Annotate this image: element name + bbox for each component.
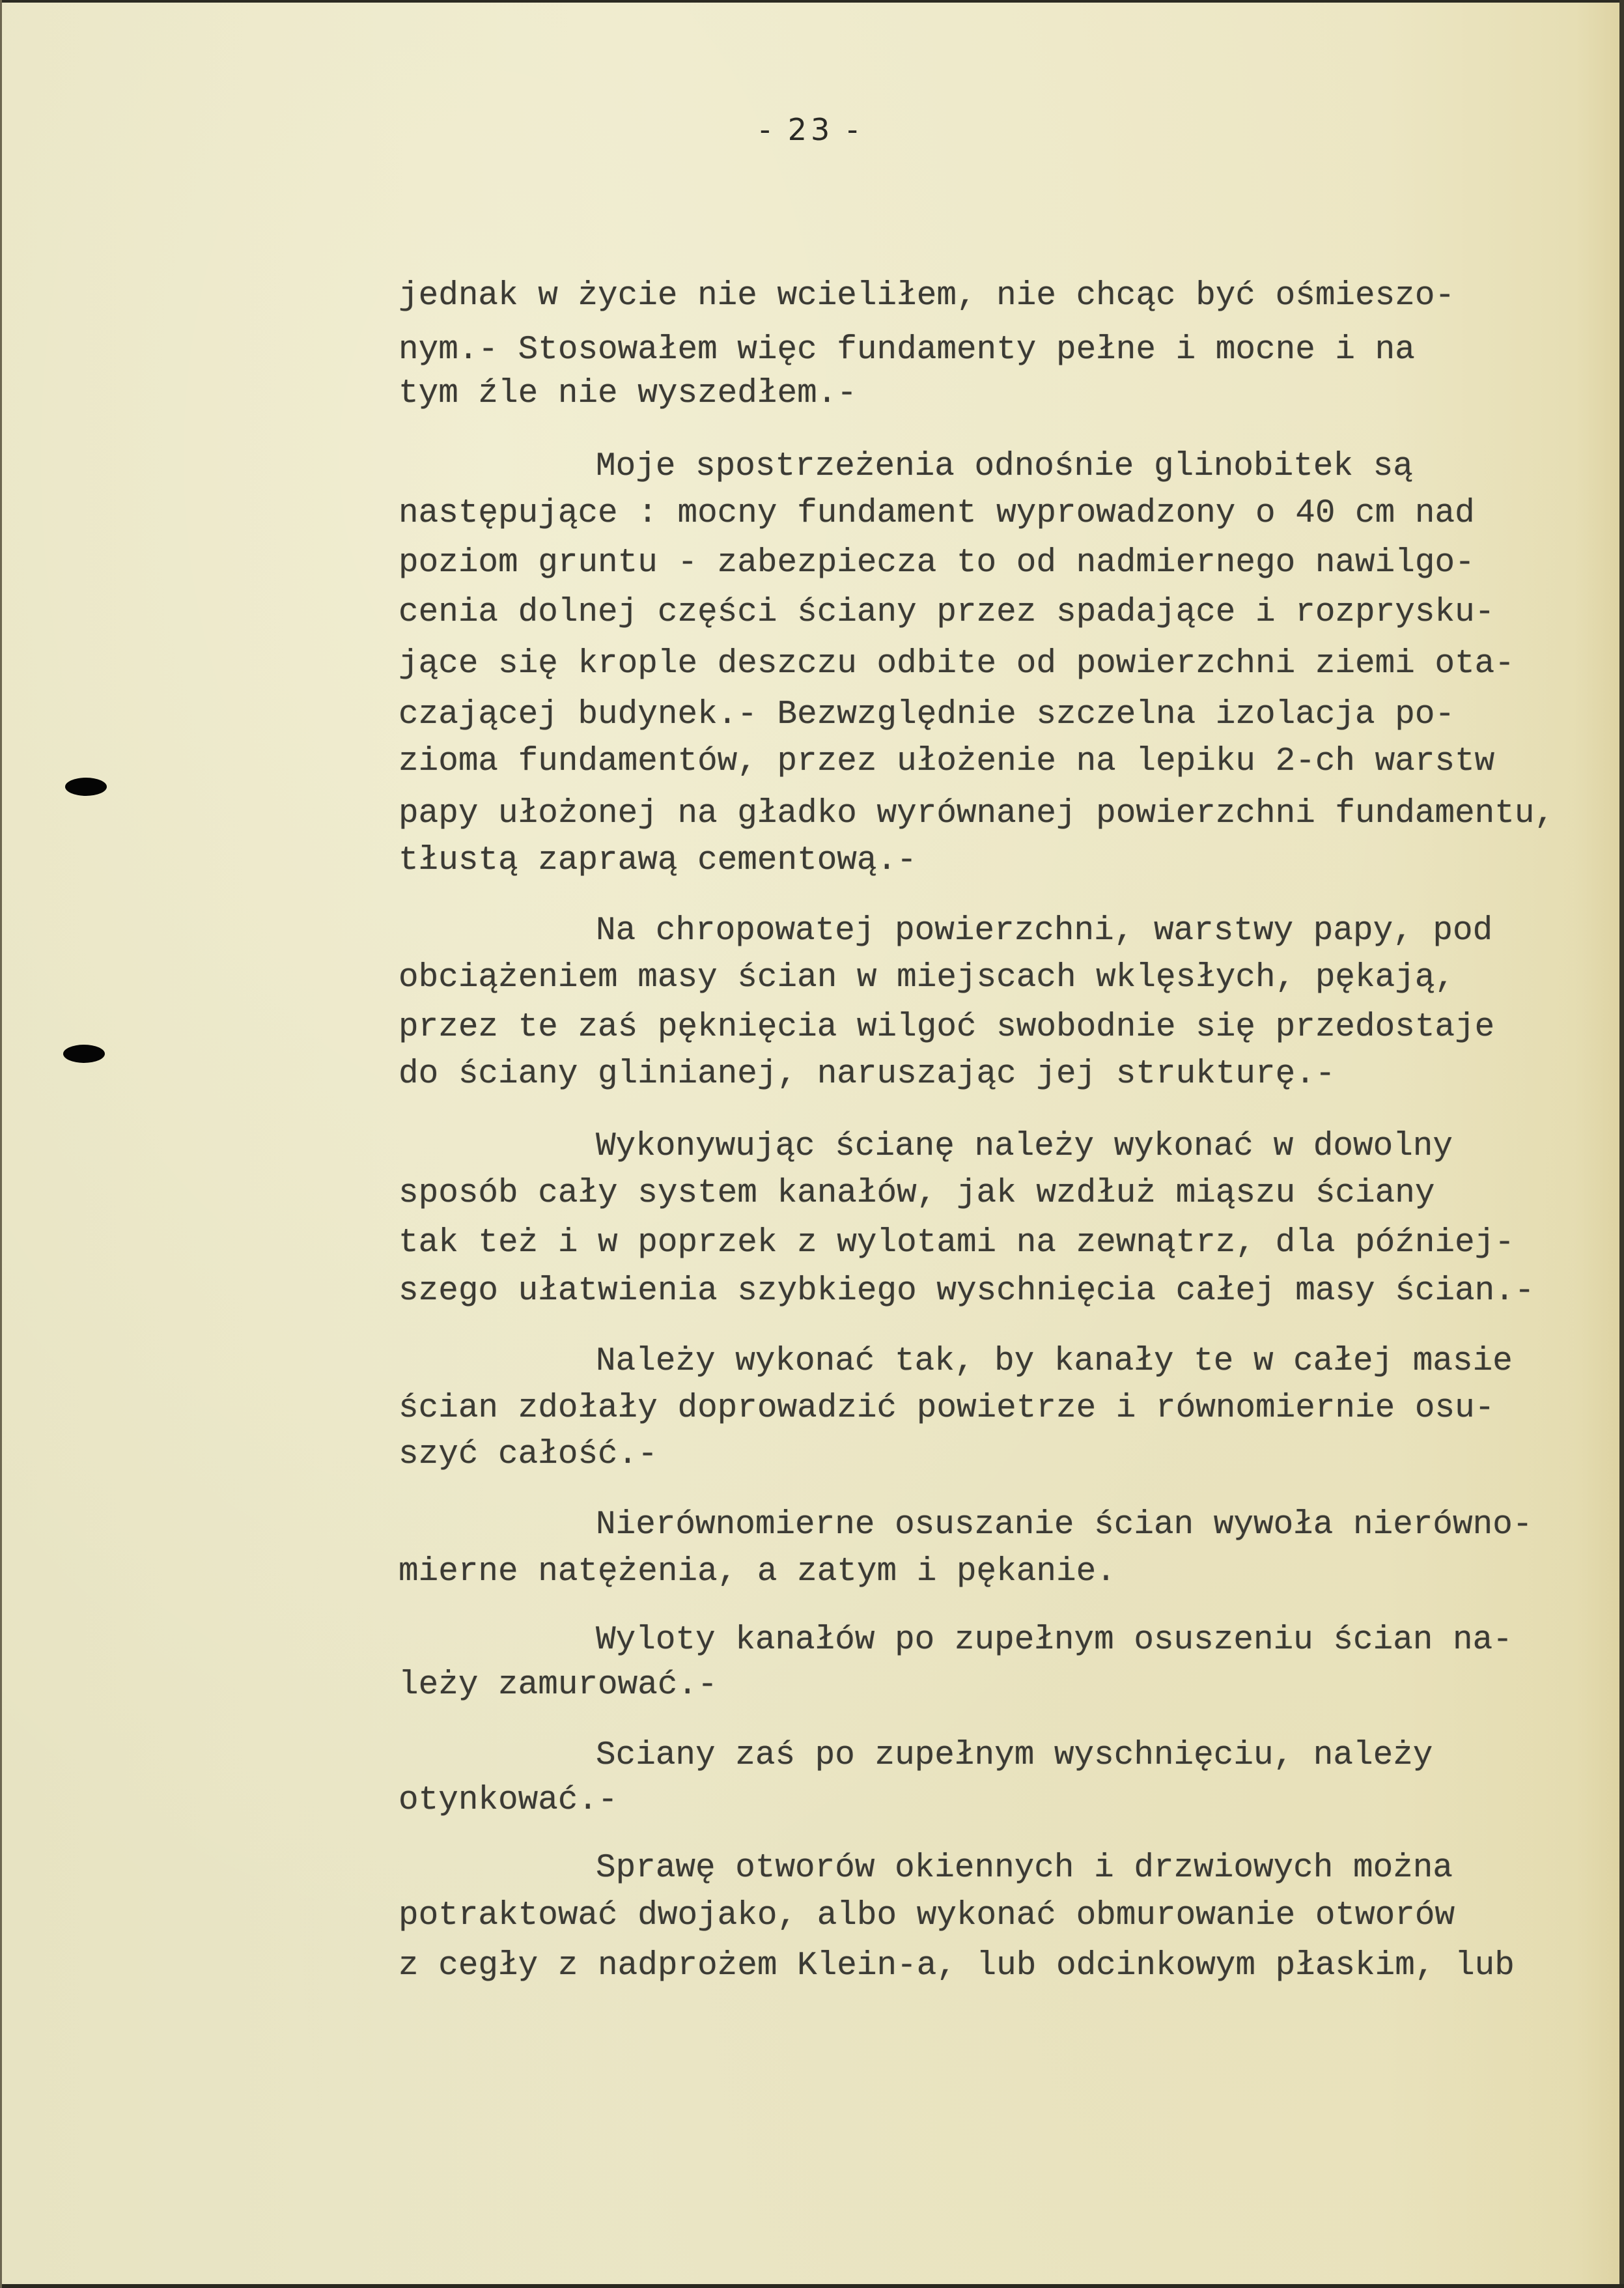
text-line: jednak w życie nie wcieliłem, nie chcąc … bbox=[399, 277, 1455, 316]
text-line: tłustą zaprawą cementową.- bbox=[399, 841, 917, 881]
text-line: sposób cały system kanałów, jak wzdłuż m… bbox=[399, 1174, 1435, 1213]
text-line: z cegły z nadprożem Klein-a, lub odcinko… bbox=[399, 1947, 1515, 1986]
text-line: tak też i w poprzek z wylotami na zewnąt… bbox=[399, 1224, 1515, 1263]
text-line: nym.- Stosowałem więc fundamenty pełne i… bbox=[399, 331, 1415, 370]
text-line: Należy wykonać tak, by kanały te w całej… bbox=[596, 1342, 1513, 1381]
text-line: zioma fundamentów, przez ułożenie na lep… bbox=[399, 742, 1494, 782]
text-line: Wykonywując ścianę należy wykonać w dowo… bbox=[596, 1127, 1453, 1166]
punch-hole-icon bbox=[65, 778, 107, 796]
text-line: Moje spostrzeżenia odnośnie glinobitek s… bbox=[596, 447, 1413, 487]
typewritten-page: - 23 - jednak w życie nie wcieliłem, nie… bbox=[0, 0, 1624, 2288]
text-line: Sciany zaś po zupełnym wyschnięciu, nale… bbox=[596, 1736, 1433, 1775]
text-line: tym źle nie wyszedłem.- bbox=[399, 374, 857, 414]
text-line: Sprawę otworów okiennych i drzwiowych mo… bbox=[596, 1849, 1453, 1888]
text-line: Nierównomierne osuszanie ścian wywoła ni… bbox=[596, 1506, 1532, 1545]
text-line: ścian zdołały doprowadzić powietrze i ró… bbox=[399, 1389, 1494, 1428]
text-line: przez te zaś pęknięcia wilgoć swobodnie … bbox=[399, 1008, 1494, 1047]
text-line: poziom gruntu - zabezpiecza to od nadmie… bbox=[399, 544, 1475, 583]
scan-edge-right bbox=[1619, 0, 1624, 2288]
page-number: - 23 - bbox=[749, 112, 873, 147]
scan-edge-top bbox=[0, 0, 1624, 3]
text-line: szyć całość.- bbox=[399, 1435, 658, 1475]
text-line: cenia dolnej części ściany przez spadają… bbox=[399, 593, 1494, 632]
text-line: papy ułożonej na gładko wyrównanej powie… bbox=[399, 795, 1554, 834]
scan-edge-bottom bbox=[0, 2284, 1624, 2288]
text-line: następujące : mocny fundament wyprowadzo… bbox=[399, 494, 1475, 533]
text-line: do ściany glinianej, naruszając jej stru… bbox=[399, 1055, 1335, 1094]
text-line: potraktować dwojako, albo wykonać obmuro… bbox=[399, 1897, 1455, 1936]
text-line: mierne natężenia, a zatym i pękanie. bbox=[399, 1553, 1116, 1592]
text-line: czającej budynek.- Bezwzględnie szczelna… bbox=[399, 696, 1455, 735]
text-line: Wyloty kanałów po zupełnym osuszeniu ści… bbox=[596, 1621, 1513, 1660]
text-line: Na chropowatej powierzchni, warstwy papy… bbox=[596, 912, 1492, 951]
text-line: szego ułatwienia szybkiego wyschnięcia c… bbox=[399, 1272, 1534, 1311]
scan-edge-left bbox=[0, 0, 2, 2288]
text-line: jące się krople deszczu odbite od powier… bbox=[399, 645, 1515, 684]
text-line: leży zamurować.- bbox=[399, 1666, 718, 1705]
text-line: obciążeniem masy ścian w miejscach wklęs… bbox=[399, 959, 1455, 998]
text-line: otynkować.- bbox=[399, 1781, 618, 1820]
punch-hole-icon bbox=[63, 1045, 105, 1063]
